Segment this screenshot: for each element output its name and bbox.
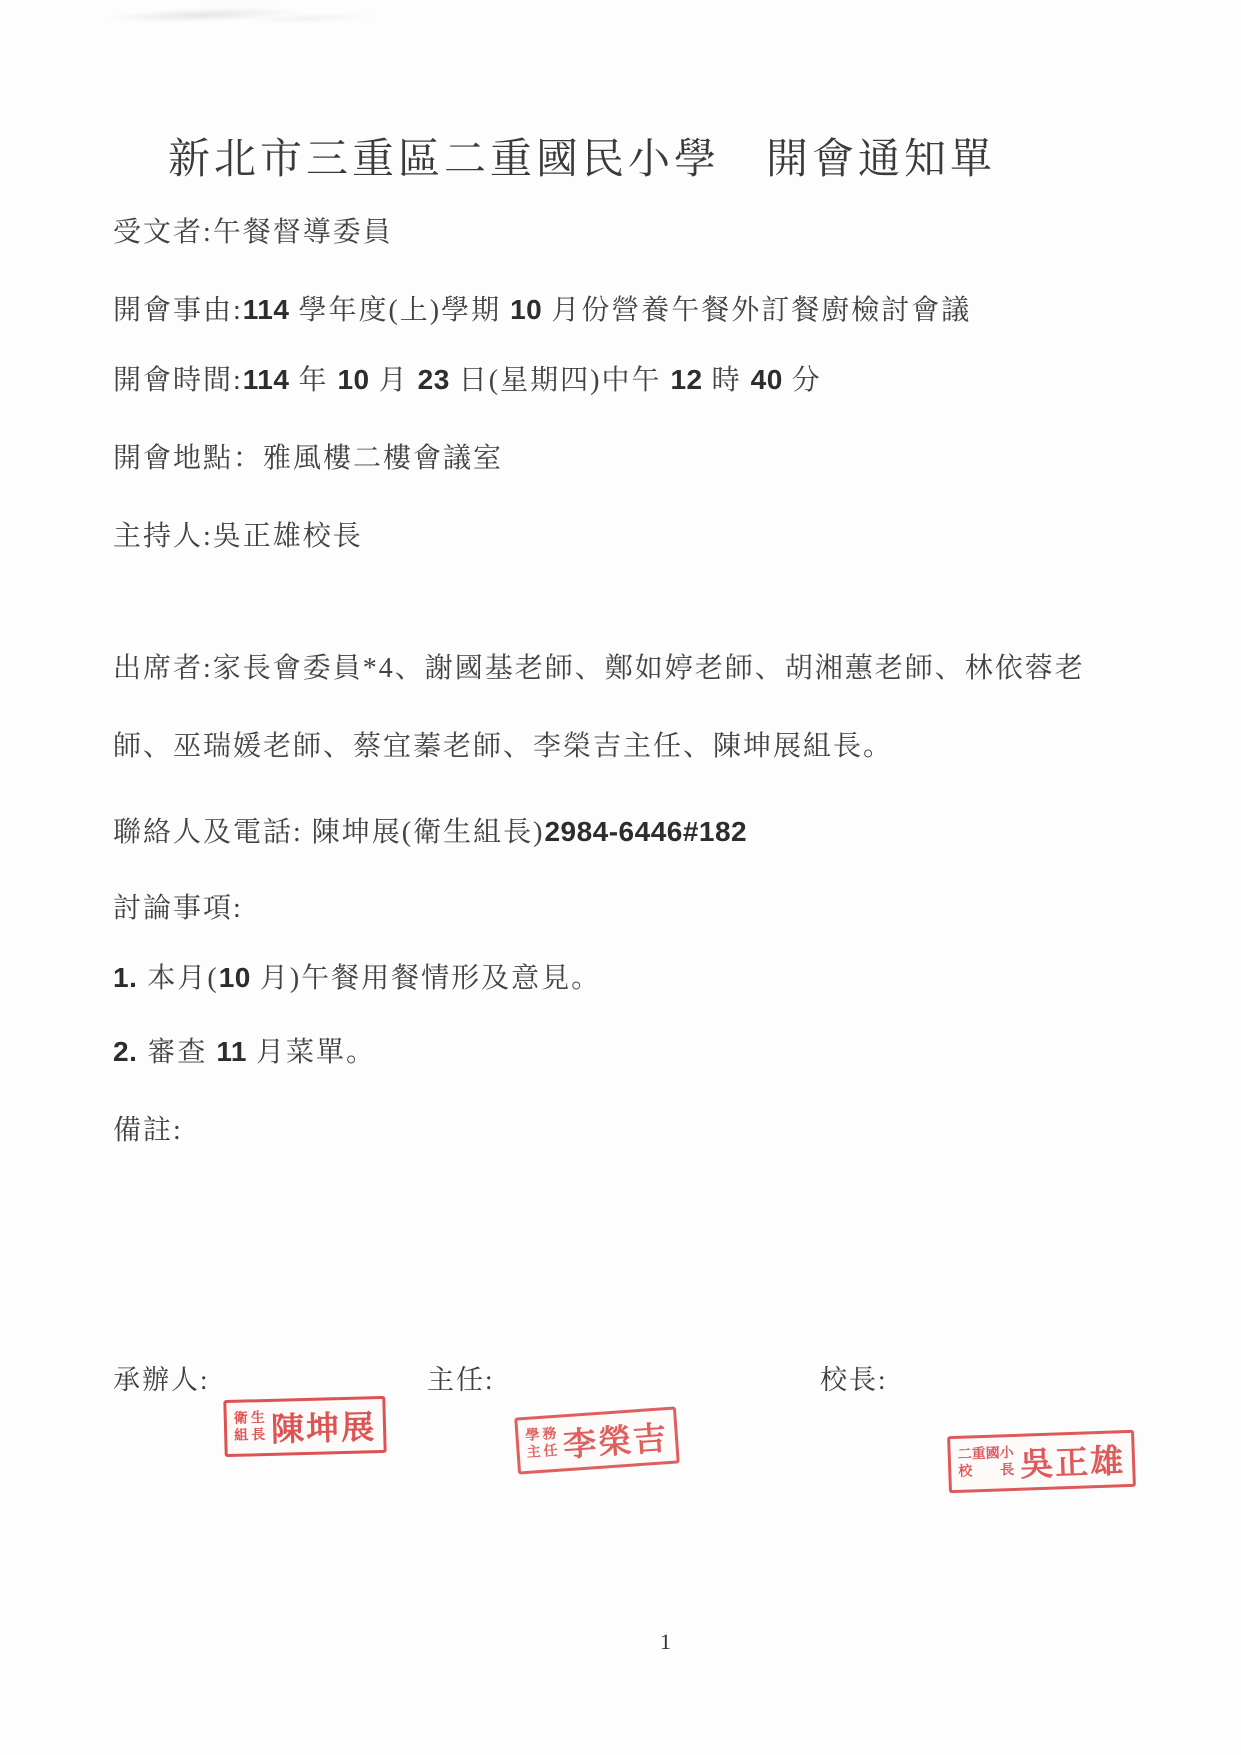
signature-label-preparer: 承辦人: — [113, 1358, 210, 1397]
document-title: 新北市三重區二重國民小學 開會通知單 — [168, 126, 996, 186]
contact-line: 聯絡人及電話: 陳坤展(衛生組長)2984-6446#182 — [113, 810, 747, 850]
stamp-principal-wu-zheng-xiong: 二重國小 校 長 吳正雄 — [947, 1430, 1136, 1493]
discussion-item-1: 1. 本月(10 月)午餐用餐情形及意見。 — [113, 956, 601, 996]
remarks-label: 備註: — [113, 1108, 183, 1148]
signature-label-director: 主任: — [427, 1358, 495, 1397]
stamp-name: 吳正雄 — [1019, 1435, 1126, 1486]
item-number: 2. — [113, 1036, 137, 1068]
meeting-subject-line: 開會事由:114 學年度(上)學期 10 月份營養午餐外訂餐廚檢討會議 — [113, 288, 971, 328]
chairperson-line: 主持人:吳正雄校長 — [113, 514, 363, 554]
meeting-location-line: 開會地點：雅風樓二樓會議室 — [113, 436, 503, 476]
discussion-heading: 討論事項: — [113, 886, 243, 926]
recipient-line: 受文者:午餐督導委員 — [113, 210, 393, 250]
stamp-name: 李榮吉 — [561, 1412, 669, 1466]
discussion-item-2: 2. 審查 11 月菜單。 — [113, 1030, 376, 1070]
page-number: 1 — [660, 1629, 671, 1655]
stamp-health-section-chief-chen-kun-zhan: 衛 生 組 長 陳坤展 — [223, 1396, 386, 1457]
stamp-role-text: 學 務 主 任 — [525, 1427, 558, 1461]
stamp-role-text: 衛 生 組 長 — [234, 1411, 266, 1444]
item-number: 1. — [113, 962, 137, 994]
signature-label-principal: 校長: — [820, 1358, 888, 1397]
stamp-student-affairs-director-li-rong-ji: 學 務 主 任 李榮吉 — [514, 1406, 680, 1474]
item-text: 本月(10 月)午餐用餐情形及意見。 — [147, 956, 601, 996]
stamp-role-text: 二重國小 校 長 — [957, 1446, 1014, 1480]
meeting-time-line: 開會時間:114 年 10 月 23 日(星期四)中午 12 時 40 分 — [113, 358, 822, 398]
attendees-paragraph: 出席者:家長會委員*4、謝國基老師、鄭如婷老師、胡湘蕙老師、林依蓉老師、巫瑞媛老… — [113, 630, 1103, 786]
scanned-meeting-notice-page: 新北市三重區二重國民小學 開會通知單 受文者:午餐督導委員 開會事由:114 學… — [0, 0, 1241, 1755]
stamp-name: 陳坤展 — [270, 1401, 376, 1451]
item-text: 審查 11 月菜單。 — [147, 1030, 376, 1070]
scan-smudge-artifact — [84, 0, 385, 41]
